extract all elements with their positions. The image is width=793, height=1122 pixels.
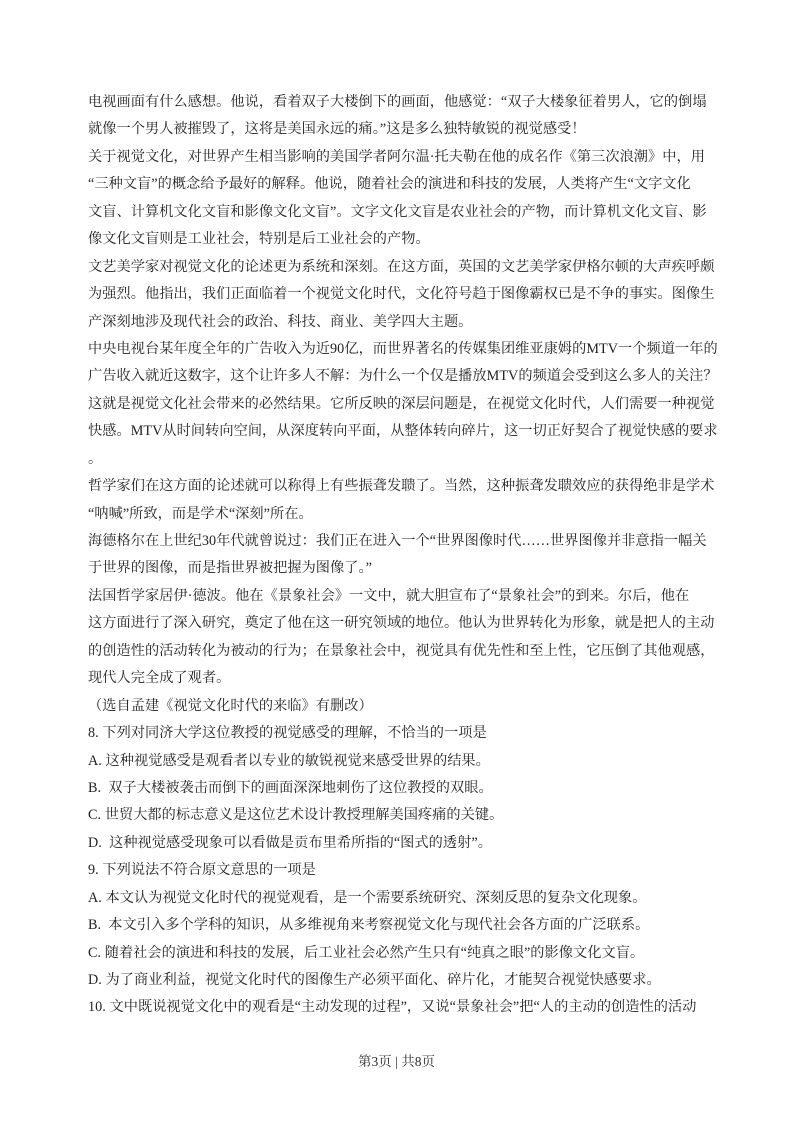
question-9-option: A. 本文认为视觉文化时代的视觉观看，是一个需要系统研究、深刻反思的复杂文化现象… <box>88 885 716 912</box>
passage-line: 文艺美学家对视觉文化的论述更为系统和深刻。在这方面，英国的文艺美学家伊格尔顿的大… <box>88 254 716 281</box>
question-9-stem: 9. 下列说法不符合原文意思的一项是 <box>88 857 716 884</box>
passage-line: 中央电视台某年度全年的广告收入为近90亿，而世界著名的传媒集团维亚康姆的MTV一… <box>88 336 716 363</box>
passage: 电视画面有什么感想。他说，看着双子大楼倒下的画面，他感觉：“双子大楼象征着男人，… <box>88 89 716 720</box>
question-8-option: B. 双子大楼被袭击而倒下的画面深深地刺伤了这位教授的双眼。 <box>88 775 716 802</box>
question-8-stem: 8. 下列对同济大学这位教授的视觉感受的理解，不恰当的一项是 <box>88 720 716 747</box>
passage-line: 为强烈。他指出，我们正面临着一个视觉文化时代，文化符号趋于图像霸权已是不争的事实… <box>88 281 716 308</box>
question-8-option: C. 世贸大都的标志意义是这位艺术设计教授理解美国疼痛的关键。 <box>88 802 716 829</box>
passage-line: 文盲、计算机文化文盲和影像文化文盲”。文字文化文盲是农业社会的产物，而计算机文化… <box>88 199 716 226</box>
passage-line: 现代人完全成了观者。 <box>88 665 716 692</box>
question-9-option: B. 本文引入多个学科的知识，从多维视角来考察视觉文化与现代社会各方面的广泛联系… <box>88 912 716 939</box>
passage-line: 哲学家们在这方面的论述就可以称得上有些振聋发聩了。当然，这种振聋发聩效应的获得绝… <box>88 473 716 500</box>
footer-page-indicator: 第3页 | 共8页 <box>358 1054 435 1069</box>
passage-line: 。 <box>88 446 716 473</box>
passage-line: 这就是视觉文化社会带来的必然结果。它所反映的深层问题是，在视觉文化时代，人们需要… <box>88 391 716 418</box>
question-10-stem: 10. 文中既说视觉文化中的观看是“主动发现的过程”，又说“景象社会”把“人的主… <box>88 994 716 1021</box>
question-8-option: D. 这种视觉感受现象可以看做是贡布里希所指的“图式的透射”。 <box>88 830 716 857</box>
question-9-option: C. 随着社会的演进和科技的发展，后工业社会必然产生只有“纯真之眼”的影像文化文… <box>88 940 716 967</box>
document-page: 电视画面有什么感想。他说，看着双子大楼倒下的画面，他感觉：“双子大楼象征着男人，… <box>0 0 793 1122</box>
passage-line: 广告收入就近这数字，这个让许多人不解：为什么一个仅是播放MTV的频道会受到这么多… <box>88 363 716 390</box>
passage-line: 法国哲学家居伊·德波。他在《景象社会》一文中，就大胆宣布了“景象社会”的到来。尔… <box>88 583 716 610</box>
passage-line: 电视画面有什么感想。他说，看着双子大楼倒下的画面，他感觉：“双子大楼象征着男人，… <box>88 89 716 116</box>
passage-line: 这方面进行了深入研究，奠定了他在这一研究领域的地位。他认为世界转化为形象，就是把… <box>88 610 716 637</box>
passage-line: 海德格尔在上世纪30年代就曾说过：我们正在进入一个“世界图像时代……世界图像并非… <box>88 528 716 555</box>
question-9-option: D. 为了商业利益，视觉文化时代的图像生产必须平面化、碎片化，才能契合视觉快感要… <box>88 967 716 994</box>
page-content: 电视画面有什么感想。他说，看着双子大楼倒下的画面，他感觉：“双子大楼象征着男人，… <box>88 89 716 1022</box>
passage-line: 产深刻地涉及现代社会的政治、科技、商业、美学四大主题。 <box>88 309 716 336</box>
passage-line: “呐喊”所致，而是学术“深刻”所在。 <box>88 501 716 528</box>
question-8-option: A. 这种视觉感受是观看者以专业的敏锐视觉来感受世界的结果。 <box>88 748 716 775</box>
passage-line: 关于视觉文化，对世界产生相当影响的美国学者阿尔温·托夫勒在他的成名作《第三次浪潮… <box>88 144 716 171</box>
questions: 8. 下列对同济大学这位教授的视觉感受的理解，不恰当的一项是A. 这种视觉感受是… <box>88 720 716 1022</box>
passage-line: 就像一个男人被摧毁了，这将是美国永远的痛。”这是多么独特敏锐的视觉感受！ <box>88 116 716 143</box>
passage-line: 像文化文盲则是工业社会，特别是后工业社会的产物。 <box>88 226 716 253</box>
passage-source: （选自孟建《视觉文化时代的来临》有删改） <box>88 693 716 720</box>
passage-line: 的创造性的活动转化为被动的行为；在景象社会中，视觉具有优先性和至上性，它压倒了其… <box>88 638 716 665</box>
passage-line: 快感。MTV从时间转向空间，从深度转向平面，从整体转向碎片，这一切正好契合了视觉… <box>88 418 716 445</box>
page-footer: 第3页 | 共8页 <box>0 1050 793 1070</box>
passage-line: “三种文盲”的概念给予最好的解释。他说，随着社会的演进和科技的发展，人类将产生“… <box>88 171 716 198</box>
passage-line: 于世界的图像，而是指世界被把握为图像了。” <box>88 555 716 582</box>
